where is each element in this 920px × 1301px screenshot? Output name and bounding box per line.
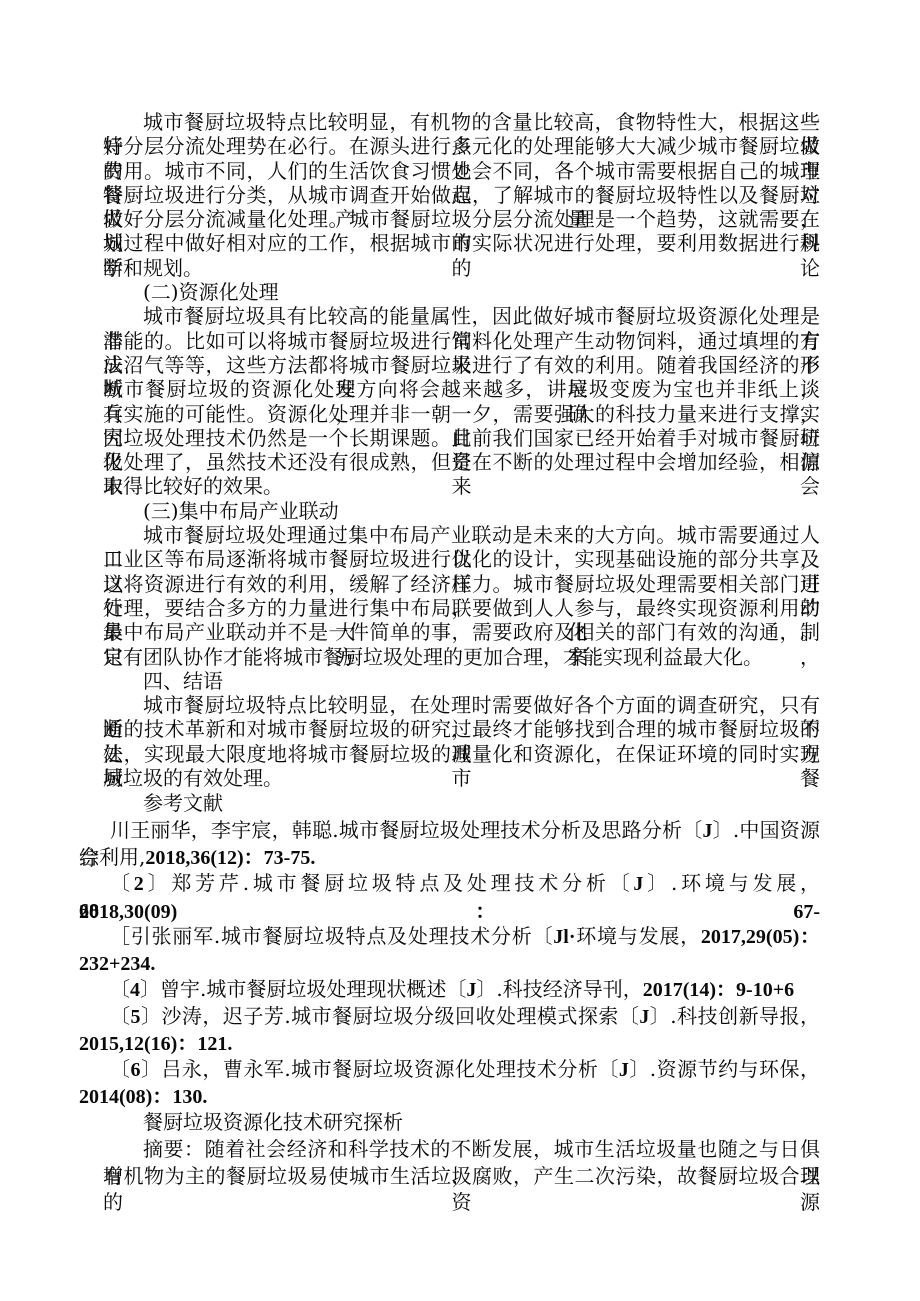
text-run: 〕.科技创新导报， <box>649 1004 820 1028</box>
text-run: (三)集中布局产业联动 <box>143 499 339 523</box>
paragraph-line: 划过程中做好相对应的工作，根据城市的实际状况进行处理，要利用数据进行科学的论 <box>103 231 820 255</box>
paragraph-line: 断的技术革新和对城市餐厨垃圾的研究，最终才能够找到合理的城市餐厨垃圾的处理方 <box>103 717 820 741</box>
reference-line: 合利用,2018,36(12)：73-75. <box>79 844 820 871</box>
paragraph-line: 以将资源进行有效的利用，缓解了经济压力。城市餐厨垃圾处理需要相关部门进行联动 <box>103 572 820 596</box>
reference-numerals: 6 <box>130 1059 140 1081</box>
reference-numerals: 4 <box>130 979 140 1001</box>
article-title: 餐厨垃圾资源化技术研究探析 <box>103 1109 820 1136</box>
reference-numerals: J <box>639 1006 649 1028</box>
reference-numerals: 2015,12(16)：121. <box>79 1033 232 1055</box>
text-run: 餐厨垃圾资源化技术研究探析 <box>143 1110 403 1134</box>
reference-line: 川王丽华，李宇宸，韩聪.城市餐厨垃圾处理技术分析及思路分析〔J〕.中国资源综 <box>79 817 820 844</box>
paragraph-line: 餐厨垃圾进行分类，从城市调查开始做起，了解城市的餐厨垃圾特性以及餐厨垃圾产量， <box>103 183 820 207</box>
reference-line: ［引张丽军.城市餐厨垃圾特点及处理技术分析〔Jl·环境与发展，2017,29(0… <box>79 923 820 950</box>
text-run: 〕曾宇.城市餐厨垃圾处理现状概述〔 <box>140 977 466 1001</box>
section-heading-2: (二)资源化处理 <box>103 280 820 304</box>
abstract-line: 摘要：随着社会经济和科学技术的不断发展，城市生活垃圾量也随之与日俱增，以 <box>103 1136 820 1163</box>
reference-numerals: 2017(14)：9-10+6 <box>643 979 794 1001</box>
text-run: 取得比较好的效果。 <box>103 474 283 498</box>
text-run: 〔 <box>110 1057 130 1081</box>
text-run: 厨垃圾的有效处理。 <box>103 766 283 790</box>
text-run: 有机物为主的餐厨垃圾易使城市生活垃圾腐败，产生二次污染，故餐厨垃圾合理的资源 <box>103 1164 820 1215</box>
paragraph-line: 好分层分流处理势在必行。在源头进行多元化的处理能够大大减少城市餐厨垃圾的处理 <box>103 134 820 158</box>
reference-numerals: J <box>619 1059 629 1081</box>
reference-numerals: 2018,30(09)：67- <box>79 901 820 923</box>
paragraph-line: 有实施的可能性。资源化处理并非一朝一夕，需要强大的科技力量来进行支撑，因此研 <box>103 402 820 426</box>
paragraph-line: 化处理了，虽然技术还没有很成熟，但是在不断的处理过程中会增加经验，相信未来会 <box>103 450 820 474</box>
section-heading-3: (三)集中布局产业联动 <box>103 499 820 523</box>
paragraph-line: 集中布局产业联动并不是一件简单的事，需要政府及相关的部门有效的沟通，制定方案， <box>103 620 820 644</box>
references-heading: 参考文献 <box>103 790 820 817</box>
paragraph-line: 城市餐厨垃圾具有比较高的能量属性，因此做好城市餐厨垃圾资源化处理是非常有 <box>103 304 820 328</box>
reference-numerals: 2018,36(12)：73-75. <box>145 847 315 869</box>
reference-numerals: 2014(08)：130. <box>79 1086 207 1108</box>
paragraph-line: 城市餐厨垃圾处理通过集中布局产业联动是未来的大方向。城市需要通过人口以及 <box>103 523 820 547</box>
text-run: 〕沙涛，迟子芳.城市餐厨垃圾分级回收处理模式探索〔 <box>140 1004 639 1028</box>
text-run: 〕.资源节约与环保， <box>629 1057 820 1081</box>
text-run: 〕.环境与发展， <box>643 871 820 895</box>
reference-numerals: 2 <box>134 873 144 895</box>
text-run: 川王丽华，李宇宸，韩聪.城市餐厨垃圾处理技术分析及思路分析〔 <box>110 818 702 842</box>
reference-numerals: Jl· <box>553 926 575 948</box>
text-run: 合利用, <box>79 845 145 869</box>
paragraph-line: 法，实现最大限度地将城市餐厨垃圾的减量化和资源化，在保证环境的同时实现城市餐 <box>103 742 820 766</box>
text-run: 断和规划。 <box>103 256 203 280</box>
paragraph-line: 潜能的。比如可以将城市餐厨垃圾进行饲料化处理产生动物饲料，通过填埋的方法来形 <box>103 329 820 353</box>
reference-line: 2015,12(16)：121. <box>79 1030 820 1057</box>
text-run: 〕郑芳芹.城市餐厨垃圾特点及处理技术分析〔 <box>144 871 634 895</box>
paragraph-line: 城市餐厨垃圾的资源化处理方向将会越来越多，讲垃圾变废为宝也并非纸上谈兵，确实 <box>103 377 820 401</box>
paragraph-line: 工业区等布局逐渐将城市餐厨垃圾进行优化的设计，实现基础设施的部分共享，这样可 <box>103 547 820 571</box>
reference-numerals: 2017,29(05)： <box>701 926 820 948</box>
paragraph-line: 处理，要结合多方的力量进行集中布局，要做到人人参与，最终实现资源利用的最大化。 <box>103 596 820 620</box>
section-heading-4: 四、结语 <box>103 669 820 693</box>
abstract-line: 有机物为主的餐厨垃圾易使城市生活垃圾腐败，产生二次污染，故餐厨垃圾合理的资源 <box>103 1163 820 1190</box>
text-run: 四、结语 <box>143 669 223 693</box>
reference-line: 〔2〕郑芳芹.城市餐厨垃圾特点及处理技术分析〔J〕.环境与发展，2018,30(… <box>79 870 820 897</box>
paragraph-line: 只有团队协作才能将城市餐厨垃圾处理的更加合理，才能实现利益最大化。 <box>103 645 820 669</box>
reference-numerals: 68 <box>79 900 99 922</box>
paragraph-line: 费用。城市不同，人们的生活饮食习惯也会不同，各个城市需要根据自己的城市特点对 <box>103 159 820 183</box>
paragraph-line: 究垃圾处理技术仍然是一个长期课题。目前我们国家已经开始着手对城市餐厨垃圾资源 <box>103 426 820 450</box>
paragraph-line: 成沼气等等，这些方法都将城市餐厨垃圾进行了有效的利用。随着我国经济的不断发展， <box>103 353 820 377</box>
text-run: 〔 <box>110 1004 130 1028</box>
reference-numerals: J <box>633 873 643 895</box>
reference-numerals: J <box>702 820 712 842</box>
text-run: ［引张丽军.城市餐厨垃圾特点及处理技术分析〔 <box>110 924 553 948</box>
reference-line: 〔6〕吕永，曹永军.城市餐厨垃圾资源化处理技术分析〔J〕.资源节约与环保， <box>79 1056 820 1083</box>
reference-line: 〔5〕沙涛，迟子芳.城市餐厨垃圾分级回收处理模式探索〔J〕.科技创新导报， <box>79 1003 820 1030</box>
paragraph-line: 城市餐厨垃圾特点比较明显，在处理时需要做好各个方面的调查研究，只有通过不 <box>103 693 820 717</box>
text-run: 〔 <box>110 977 130 1001</box>
paragraph-line: 做好分层分流减量化处理。城市餐厨垃圾分层分流处理是一个趋势，这就需要在城市规 <box>103 207 820 231</box>
text-run: 参考文献 <box>143 791 223 815</box>
reference-numerals: 5 <box>130 1006 140 1028</box>
text-run: 只有团队协作才能将城市餐厨垃圾处理的更加合理，才能实现利益最大化。 <box>103 645 763 669</box>
paragraph-line: 城市餐厨垃圾特点比较明显，有机物的含量比较高，食物特性大，根据这些特点做 <box>103 110 820 134</box>
reference-numerals: 232+234. <box>79 953 155 975</box>
text-run: 划过程中做好相对应的工作，根据城市的实际状况进行处理，要利用数据进行科学的论 <box>103 231 820 279</box>
text-run: 〔 <box>110 871 134 895</box>
reference-line: 2014(08)：130. <box>79 1083 820 1110</box>
reference-numerals: J <box>466 979 476 1001</box>
text-run: 〕吕永，曹永军.城市餐厨垃圾资源化处理技术分析〔 <box>140 1057 618 1081</box>
document-page: 城市餐厨垃圾特点比较明显，有机物的含量比较高，食物特性大，根据这些特点做好分层分… <box>103 110 820 1189</box>
text-run: (二)资源化处理 <box>143 280 279 304</box>
reference-line: 232+234. <box>79 950 820 977</box>
text-run: 环境与发展， <box>576 924 701 948</box>
reference-line: 〔4〕曾宇.城市餐厨垃圾处理现状概述〔J〕.科技经济导刊，2017(14)：9-… <box>79 976 820 1003</box>
text-run: 〕.科技经济导刊， <box>476 977 642 1001</box>
